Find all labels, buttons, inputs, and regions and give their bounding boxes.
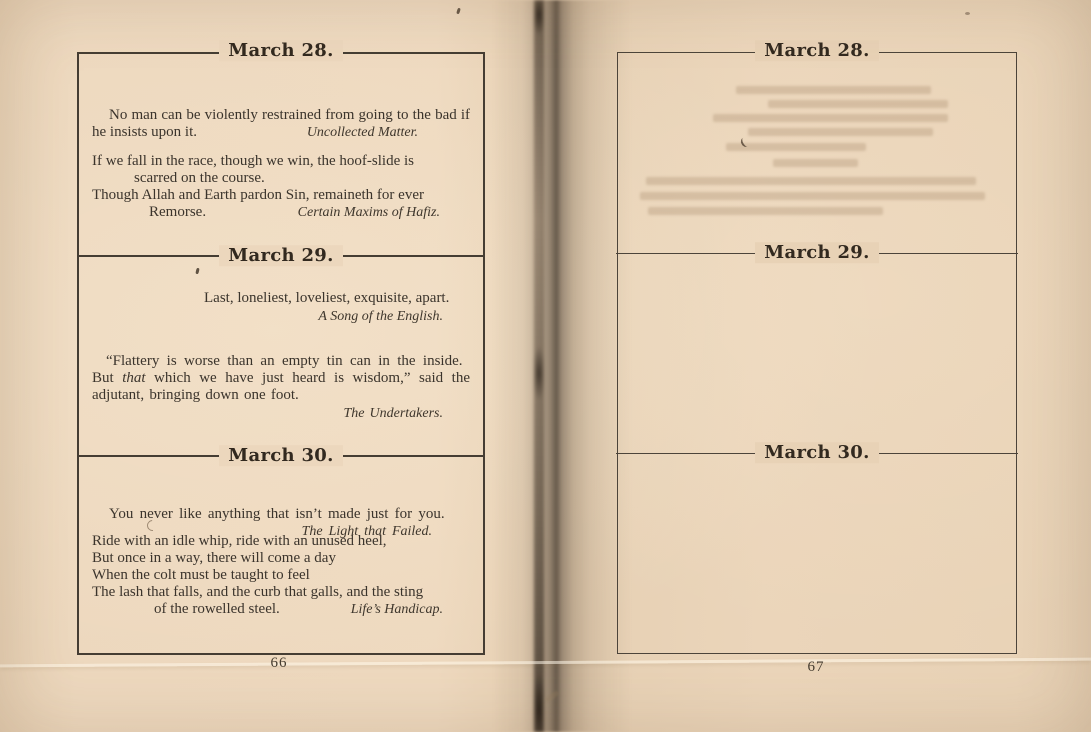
- ghost-showthrough-line: [768, 100, 948, 108]
- left-page-frame: March 28. No man can be violently restra…: [77, 52, 485, 655]
- verse-line: Though Allah and Earth pardon Sin, remai…: [92, 187, 470, 204]
- section-rule-march-30-left: March 30.: [77, 455, 485, 457]
- book-spread: March 28. No man can be violently restra…: [0, 0, 1091, 732]
- ghost-showthrough-line: [646, 177, 976, 185]
- date-header-label: March 30.: [755, 442, 878, 463]
- verse-line: Ride with an idle whip, ride with an unu…: [92, 533, 470, 550]
- date-header-label: March 28.: [219, 40, 342, 61]
- quote-march28-2: If we fall in the race, though we win, t…: [92, 153, 470, 221]
- date-header-label: March 29.: [755, 242, 878, 263]
- section-rule-march-29-left: March 29.: [77, 255, 485, 257]
- verse-line: But once in a way, there will come a day: [92, 550, 470, 567]
- quote-text: Last, loneliest, loveliest, exquisite, a…: [204, 290, 449, 306]
- quote-attribution: The Undertakers.: [344, 406, 444, 421]
- verse-line: When the colt must be taught to feel: [92, 567, 470, 584]
- verse-line: of the rowelled steel.: [92, 601, 280, 618]
- ghost-showthrough-line: [748, 128, 933, 136]
- verse-last-line: Remorse. Certain Maxims of Hafiz.: [92, 204, 470, 221]
- verse-line: scarred on the course.: [92, 170, 470, 187]
- quote-attribution: Life’s Handicap.: [351, 601, 443, 618]
- quote-march28-1: No man can be violently restrained from …: [92, 107, 470, 141]
- section-rule-march-30-right: March 30.: [616, 453, 1018, 454]
- date-header-label: March 28.: [755, 40, 878, 61]
- book-gutter-crease: [534, 0, 544, 732]
- verse-last-line: of the rowelled steel. Life’s Handicap.: [92, 601, 470, 618]
- ghost-showthrough-line: [648, 207, 883, 215]
- ghost-showthrough-line: [736, 86, 931, 94]
- quote-march29-1: Last, loneliest, loveliest, exquisite, a…: [92, 290, 470, 325]
- verse-line: Remorse.: [92, 204, 206, 221]
- quote-attribution: A Song of the English.: [318, 309, 443, 324]
- date-header-label: March 30.: [219, 445, 342, 466]
- book-gutter-shadow: [492, 0, 632, 732]
- date-header-label: March 29.: [219, 245, 342, 266]
- quote-march29-2: “Flattery is worse than an empty tin can…: [92, 353, 470, 422]
- page-number-right: 67: [617, 659, 1015, 676]
- verse-line: If we fall in the race, though we win, t…: [92, 153, 470, 170]
- quote-text-emphasis: that: [122, 370, 145, 386]
- ghost-showthrough-line: [773, 159, 858, 167]
- ink-speck: [456, 8, 461, 15]
- page-number-left: 66: [77, 655, 481, 672]
- quote-text: You never like anything that isn’t made …: [109, 506, 445, 522]
- quote-march30-2: Ride with an idle whip, ride with an unu…: [92, 533, 470, 618]
- quote-attribution: Certain Maxims of Hafiz.: [298, 204, 440, 221]
- section-rule-march-29-right: March 29.: [616, 253, 1018, 254]
- ink-speck: [965, 12, 970, 15]
- quote-text: which we have just heard is wisdom,” sai…: [92, 370, 470, 403]
- verse-line: The lash that falls, and the curb that g…: [92, 584, 470, 601]
- ghost-showthrough-line: [640, 192, 985, 200]
- right-page-frame: March 28. March 29. March 30.: [617, 52, 1017, 654]
- ghost-showthrough-line: [713, 114, 948, 122]
- quote-attribution: Uncollected Matter.: [290, 124, 418, 141]
